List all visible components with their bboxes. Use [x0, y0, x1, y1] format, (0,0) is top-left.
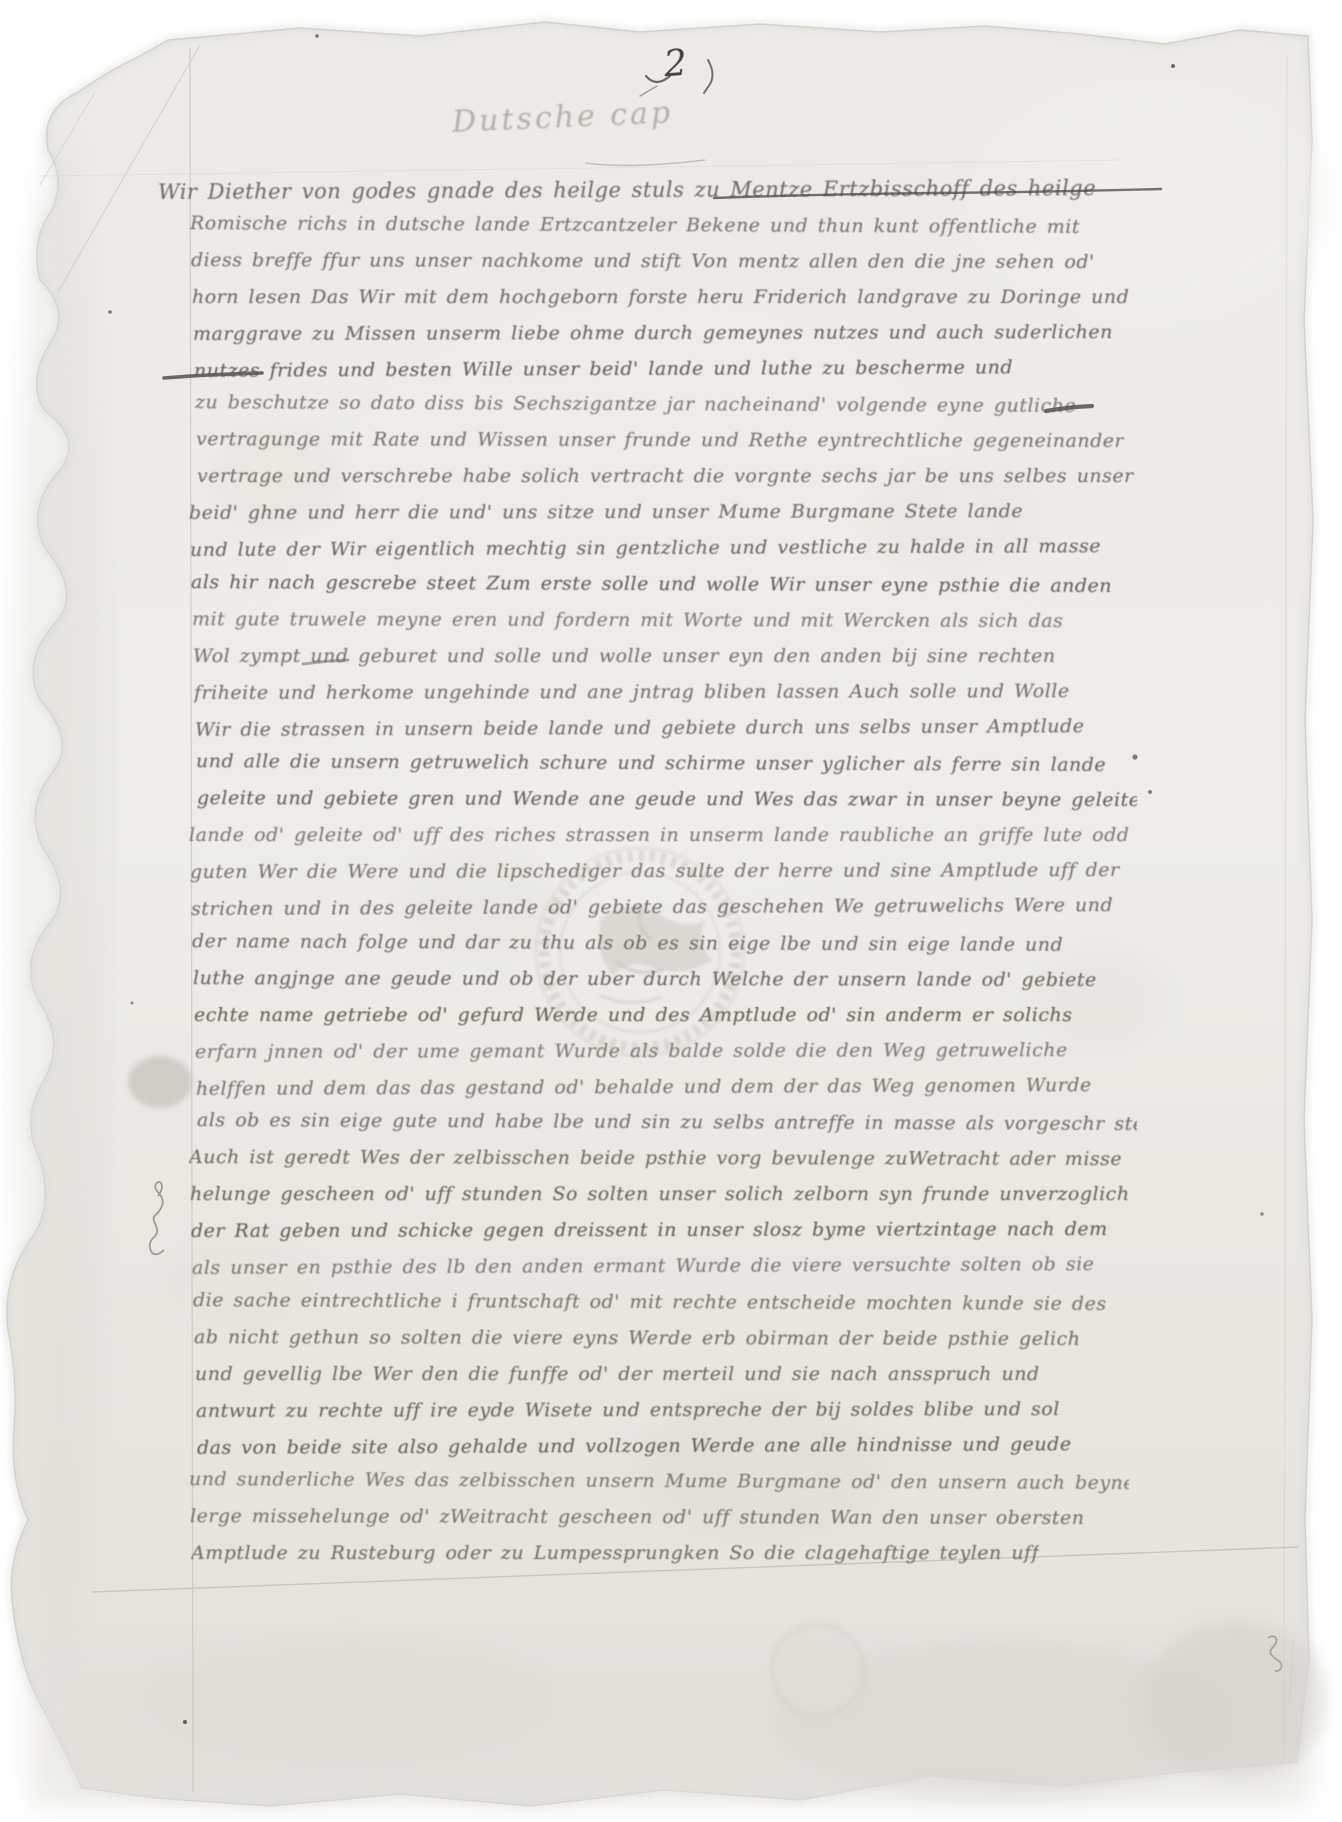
manuscript-line: der name nach folge und dar zu thu als o… — [192, 930, 1063, 956]
manuscript-line: Wol zympt und geburet und solle und woll… — [193, 645, 1056, 667]
manuscript-line: als hir nach gescrebe steet Zum erste so… — [191, 571, 1112, 597]
manuscript-line: die sache eintrechtliche i fruntschaft o… — [193, 1289, 1107, 1315]
manuscript-line: vertragunge mit Rate und Wissen unser fr… — [196, 428, 1124, 452]
manuscript-line: Wir Diether von godes gnade des heilge s… — [158, 176, 1096, 204]
manuscript-line: erfarn jnnen od' der ume gemant Wurde al… — [195, 1039, 1068, 1063]
manuscript-line: antwurt zu rechte uff ire eyde Wisete un… — [196, 1398, 1060, 1422]
scan-background: 2 Dutsche cap Wir Diether von godes gnad… — [0, 0, 1342, 1822]
manuscript-line: und alle die unsern getruwelich schure u… — [196, 750, 1106, 776]
manuscript-line: als ob es sin eige gute und habe lbe und… — [197, 1109, 1137, 1135]
manuscript-line: Amptlude zu Rusteburg oder zu Lumpesspru… — [191, 1542, 1039, 1564]
manuscript-line: geleite und gebiete gren und Wende ane g… — [197, 787, 1137, 811]
manuscript-line: mit gute truwele meyne eren und fordern … — [192, 608, 1063, 632]
manuscript-line: der Rat geben und schicke gegen dreissen… — [191, 1218, 1108, 1242]
manuscript-line: und lute der Wir eigentlich mechtig sin … — [190, 535, 1101, 561]
manuscript-line: strichen und in des geleite lande od' ge… — [191, 894, 1113, 920]
manuscript-line: lande od' geleite od' uff des riches str… — [189, 824, 1129, 846]
manuscript-line: Auch ist geredt Wes der zelbisschen beid… — [189, 1146, 1122, 1170]
manuscript-line: guten Wer die Were und die lipschediger … — [190, 859, 1120, 883]
manuscript-line: und gevellig lbe Wer den die funffe od' … — [195, 1363, 1040, 1385]
manuscript-line: nutzes frides und besten Wille unser bei… — [194, 356, 1013, 381]
manuscript-line: beid' ghne und herr die und' uns sitze u… — [189, 500, 1023, 524]
manuscript-line: lerge missehelunge od' zWeitracht gesche… — [190, 1505, 1085, 1529]
manuscript-line: luthe angjnge ane geude und ob der uber … — [193, 967, 1097, 991]
manuscript-line: und sunderliche Wes das zelbisschen unse… — [189, 1468, 1129, 1494]
manuscript-line: diess breffe ffur uns unser nachkome und… — [191, 249, 1095, 273]
manuscript-line: Romische richs in dutsche lande Ertzcant… — [190, 212, 1080, 238]
manuscript-line: als unser en psthie des lb den anden erm… — [192, 1253, 1094, 1279]
manuscript-line: friheite und herkome ungehinde und ane j… — [194, 680, 1070, 704]
manuscript-text-block: Wir Diether von godes gnade des heilge s… — [0, 0, 1342, 1822]
manuscript-line: ab nicht gethun so solten die viere eyns… — [194, 1326, 1081, 1350]
manuscript-line: horn lesen Das Wir mit dem hochgeborn fo… — [192, 286, 1129, 308]
manuscript-line: Wir die strassen in unsern beide lande u… — [195, 715, 1085, 741]
manuscript-line: echte name getriebe od' gefurd Werde und… — [194, 1004, 1072, 1026]
manuscript-line: vertrage und verschrebe habe solich vert… — [197, 465, 1134, 487]
manuscript-line: zu beschutze so dato diss bis Sechszigan… — [195, 392, 1076, 418]
manuscript-line: helunge gescheen od' uff stunden So solt… — [190, 1183, 1130, 1205]
manuscript-line: das von beide site also gehalde und voll… — [197, 1433, 1072, 1459]
manuscript-line: helffen und dem das das gestand od' beha… — [196, 1074, 1092, 1100]
page-number: 2 — [663, 43, 689, 85]
manuscript-line: marggrave zu Missen unserm liebe ohme du… — [193, 321, 1113, 345]
